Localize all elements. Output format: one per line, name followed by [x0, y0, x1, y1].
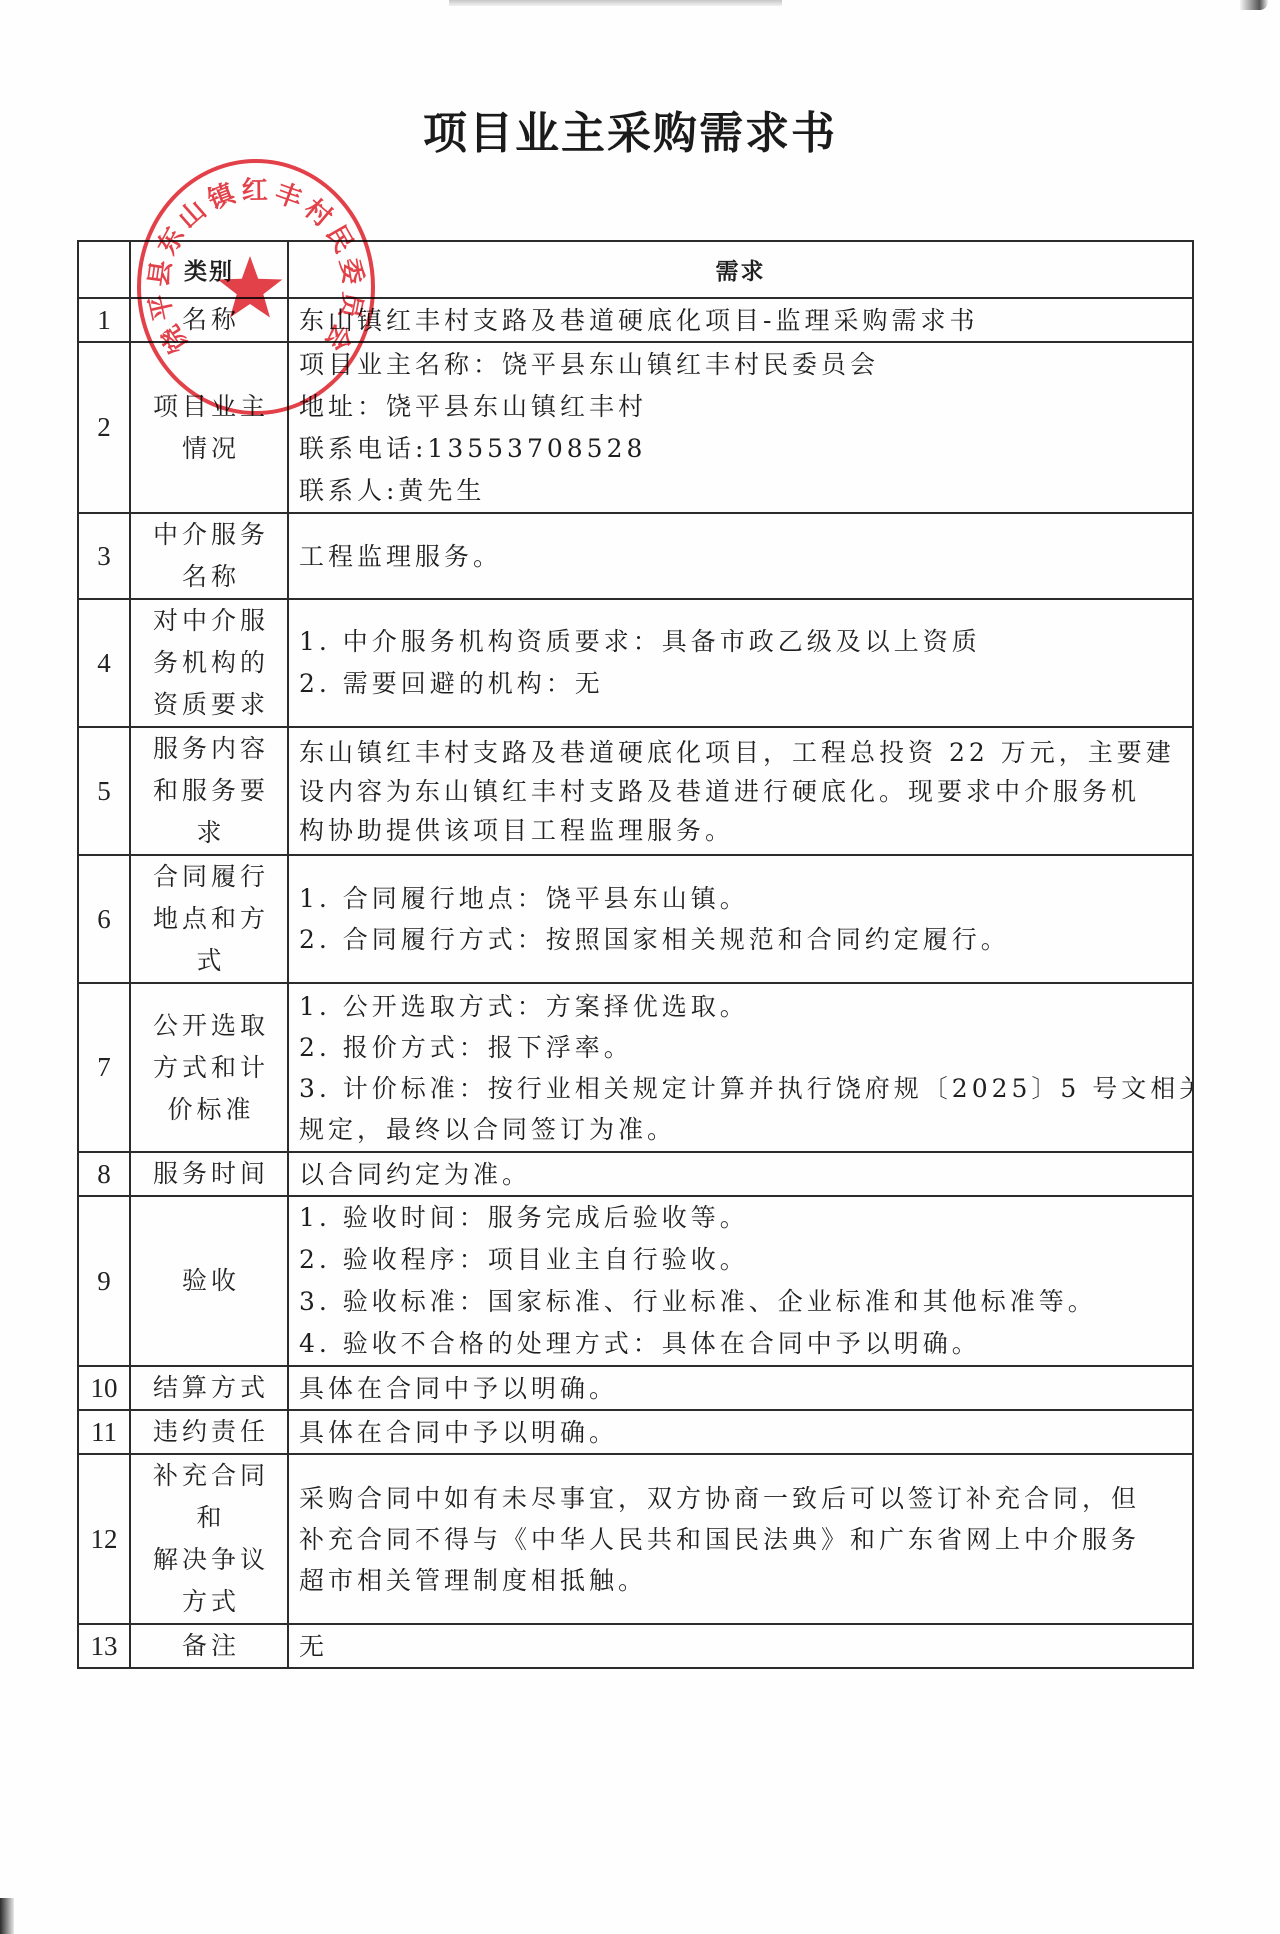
category-line: 资质要求: [135, 684, 287, 726]
row-category: 公开选取 方式和计 价标准: [130, 983, 288, 1152]
content-line: 工程监理服务。: [299, 536, 1192, 577]
row-content: 采购合同中如有未尽事宜，双方协商一致后可以签订补充合同，但 补充合同不得与《中华…: [288, 1454, 1193, 1624]
scan-corner-shadow: [1240, 0, 1268, 10]
category-line: 项目业主: [135, 386, 287, 428]
category-line: 式: [135, 940, 287, 982]
row-content: 东山镇红丰村支路及巷道硬底化项目-监理采购需求书: [288, 298, 1193, 342]
category-line: 服务内容: [135, 728, 287, 770]
category-line: 情况: [135, 428, 287, 470]
category-line: 公开选取: [135, 1005, 287, 1047]
category-line: 验收: [135, 1260, 287, 1302]
content-line: 1. 中介服务机构资质要求：具备市政乙级及以上资质: [299, 621, 1192, 663]
row-content: 具体在合同中予以明确。: [288, 1410, 1193, 1454]
row-content: 具体在合同中予以明确。: [288, 1366, 1193, 1410]
row-content: 东山镇红丰村支路及巷道硬底化项目，工程总投资 22 万元，主要建 设内容为东山镇…: [288, 727, 1193, 855]
row-category: 违约责任: [130, 1410, 288, 1454]
header-requirement: 需求: [288, 241, 1193, 298]
row-category: 备注: [130, 1624, 288, 1668]
category-line: 方式和计: [135, 1047, 287, 1089]
content-line: 具体在合同中予以明确。: [299, 1368, 1192, 1409]
category-line: 和服务要: [135, 770, 287, 812]
content-line: 3. 计价标准：按行业相关规定计算并执行饶府规〔2025〕5 号文相关: [299, 1068, 1192, 1109]
row-category: 项目业主 情况: [130, 342, 288, 513]
category-line: 服务时间: [135, 1153, 287, 1195]
scan-edge-shadow-top: [449, 0, 782, 6]
content-line: 无: [299, 1626, 1192, 1667]
row-index: 4: [78, 599, 130, 727]
content-line: 规定，最终以合同签订为准。: [299, 1109, 1192, 1150]
row-index: 13: [78, 1624, 130, 1668]
content-line: 超市相关管理制度相抵触。: [299, 1560, 1192, 1601]
content-line: 东山镇红丰村支路及巷道硬底化项目，工程总投资 22 万元，主要建: [299, 733, 1192, 772]
content-line: 1. 验收时间：服务完成后验收等。: [299, 1197, 1192, 1239]
category-line: 违约责任: [135, 1411, 287, 1453]
category-line: 地点和方: [135, 898, 287, 940]
content-line: 东山镇红丰村支路及巷道硬底化项目-监理采购需求书: [299, 300, 1192, 341]
table-row: 4 对中介服 务机构的 资质要求 1. 中介服务机构资质要求：具备市政乙级及以上…: [78, 599, 1193, 727]
content-line: 3. 验收标准：国家标准、行业标准、企业标准和其他标准等。: [299, 1281, 1192, 1323]
owner-address-line: 地址：饶平县东山镇红丰村: [299, 386, 1192, 428]
row-content: 1. 公开选取方式：方案择优选取。 2. 报价方式：报下浮率。 3. 计价标准：…: [288, 983, 1193, 1152]
page-title: 项目业主采购需求书: [390, 97, 870, 161]
row-content: 无: [288, 1624, 1193, 1668]
row-category: 中介服务 名称: [130, 513, 288, 599]
content-line: 2. 合同履行方式：按照国家相关规范和合同约定履行。: [299, 919, 1192, 960]
row-index: 5: [78, 727, 130, 855]
row-content: 1. 合同履行地点：饶平县东山镇。 2. 合同履行方式：按照国家相关规范和合同约…: [288, 855, 1193, 983]
category-line: 求: [135, 812, 287, 854]
content-line: 构协助提供该项目工程监理服务。: [299, 811, 1192, 850]
content-line: 1. 合同履行地点：饶平县东山镇。: [299, 878, 1192, 919]
table-row: 6 合同履行 地点和方 式 1. 合同履行地点：饶平县东山镇。 2. 合同履行方…: [78, 855, 1193, 983]
scan-corner-shadow-bottom-left: [0, 1898, 14, 1934]
row-index: 7: [78, 983, 130, 1152]
content-line: 补充合同不得与《中华人民共和国民法典》和广东省网上中介服务: [299, 1519, 1192, 1560]
row-content: 1. 验收时间：服务完成后验收等。 2. 验收程序：项目业主自行验收。 3. 验…: [288, 1196, 1193, 1366]
table-row: 1 名称 东山镇红丰村支路及巷道硬底化项目-监理采购需求书: [78, 298, 1193, 342]
content-line: 采购合同中如有未尽事宜，双方协商一致后可以签订补充合同，但: [299, 1478, 1192, 1519]
row-index: 2: [78, 342, 130, 513]
row-index: 6: [78, 855, 130, 983]
row-index: 12: [78, 1454, 130, 1624]
content-line: 2. 需要回避的机构：无: [299, 663, 1192, 705]
row-index: 3: [78, 513, 130, 599]
table-row: 3 中介服务 名称 工程监理服务。: [78, 513, 1193, 599]
content-line: 具体在合同中予以明确。: [299, 1412, 1192, 1453]
category-line: 务机构的: [135, 642, 287, 684]
category-line: 解决争议: [135, 1539, 287, 1581]
content-line: 1. 公开选取方式：方案择优选取。: [299, 986, 1192, 1027]
table-row: 10 结算方式 具体在合同中予以明确。: [78, 1366, 1193, 1410]
row-category: 名称: [130, 298, 288, 342]
row-category: 补充合同 和 解决争议 方式: [130, 1454, 288, 1624]
row-index: 9: [78, 1196, 130, 1366]
row-content: 项目业主名称：饶平县东山镇红丰村民委员会 地址：饶平县东山镇红丰村 联系电话:1…: [288, 342, 1193, 513]
content-line: 2. 验收程序：项目业主自行验收。: [299, 1239, 1192, 1281]
owner-phone-line: 联系电话:13553708528: [299, 428, 1192, 470]
category-line: 补充合同: [135, 1455, 287, 1497]
category-line: 备注: [135, 1625, 287, 1667]
row-content: 1. 中介服务机构资质要求：具备市政乙级及以上资质 2. 需要回避的机构：无: [288, 599, 1193, 727]
table-row: 8 服务时间 以合同约定为准。: [78, 1152, 1193, 1196]
row-index: 8: [78, 1152, 130, 1196]
header-index: [78, 241, 130, 298]
table-row: 12 补充合同 和 解决争议 方式 采购合同中如有未尽事宜，双方协商一致后可以签…: [78, 1454, 1193, 1624]
header-category: 类别: [130, 241, 288, 298]
row-index: 10: [78, 1366, 130, 1410]
row-content: 工程监理服务。: [288, 513, 1193, 599]
row-index: 11: [78, 1410, 130, 1454]
category-line: 中介服务: [135, 514, 287, 556]
category-line: 合同履行: [135, 856, 287, 898]
category-line: 对中介服: [135, 600, 287, 642]
category-line: 方式: [135, 1581, 287, 1623]
category-line: 名称: [135, 556, 287, 598]
row-category: 结算方式: [130, 1366, 288, 1410]
table-row: 7 公开选取 方式和计 价标准 1. 公开选取方式：方案择优选取。 2. 报价方…: [78, 983, 1193, 1152]
category-line: 结算方式: [135, 1367, 287, 1409]
content-line: 4. 验收不合格的处理方式：具体在合同中予以明确。: [299, 1323, 1192, 1365]
table-row: 13 备注 无: [78, 1624, 1193, 1668]
content-line: 设内容为东山镇红丰村支路及巷道进行硬底化。现要求中介服务机: [299, 772, 1192, 811]
content-line: 以合同约定为准。: [299, 1154, 1192, 1195]
row-category: 服务内容 和服务要 求: [130, 727, 288, 855]
table-row: 9 验收 1. 验收时间：服务完成后验收等。 2. 验收程序：项目业主自行验收。…: [78, 1196, 1193, 1366]
category-line: 名称: [135, 299, 287, 341]
category-line: 和: [135, 1497, 287, 1539]
row-category: 服务时间: [130, 1152, 288, 1196]
row-content: 以合同约定为准。: [288, 1152, 1193, 1196]
table-header-row: 类别 需求: [78, 241, 1193, 298]
row-category: 合同履行 地点和方 式: [130, 855, 288, 983]
table-row: 11 违约责任 具体在合同中予以明确。: [78, 1410, 1193, 1454]
requirements-table: 类别 需求 1 名称 东山镇红丰村支路及巷道硬底化项目-监理采购需求书 2 项目…: [77, 240, 1194, 1669]
table-row: 5 服务内容 和服务要 求 东山镇红丰村支路及巷道硬底化项目，工程总投资 22 …: [78, 727, 1193, 855]
owner-contact-line: 联系人:黄先生: [299, 470, 1192, 512]
row-category: 对中介服 务机构的 资质要求: [130, 599, 288, 727]
table-row: 2 项目业主 情况 项目业主名称：饶平县东山镇红丰村民委员会 地址：饶平县东山镇…: [78, 342, 1193, 513]
row-index: 1: [78, 298, 130, 342]
row-category: 验收: [130, 1196, 288, 1366]
owner-name-line: 项目业主名称：饶平县东山镇红丰村民委员会: [299, 344, 1192, 386]
category-line: 价标准: [135, 1089, 287, 1131]
content-line: 2. 报价方式：报下浮率。: [299, 1027, 1192, 1068]
